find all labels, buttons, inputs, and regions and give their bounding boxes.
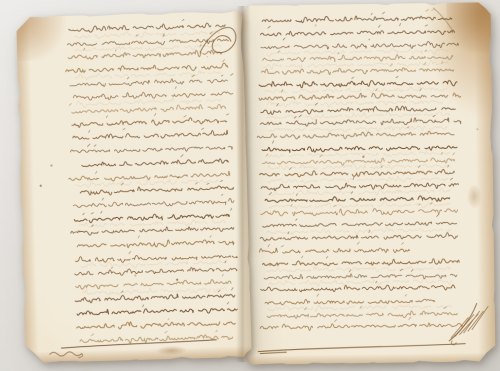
- handwritten-line: [72, 117, 227, 128]
- diacritic-marks: [376, 281, 377, 283]
- handwritten-line: [262, 15, 452, 24]
- diacritic-marks: [69, 103, 71, 105]
- diacritic-marks: [91, 330, 217, 336]
- diacritic-marks: [353, 176, 453, 181]
- handwritten-line: [71, 225, 234, 236]
- handwritten-line: [73, 130, 228, 140]
- handwritten-line: [68, 50, 221, 61]
- diacritic-marks: [282, 88, 422, 93]
- handwritten-line: [261, 182, 459, 191]
- diacritic-marks: [408, 127, 409, 128]
- diacritic-marks: [222, 274, 223, 276]
- handwritten-line: [75, 292, 235, 303]
- final-underline: [61, 340, 216, 348]
- diacritic-marks: [95, 171, 97, 173]
- handwritten-line: [261, 284, 455, 293]
- ink-speck: [40, 185, 42, 187]
- handwritten-line: [260, 322, 462, 331]
- diacritic-marks: [168, 319, 169, 320]
- handwritten-line: [69, 22, 226, 33]
- photo-backdrop: [0, 0, 500, 371]
- handwritten-line: [75, 252, 237, 263]
- handwritten-line: [75, 279, 231, 289]
- diacritic-marks: [111, 261, 226, 269]
- handwritten-line: [70, 77, 228, 87]
- diacritic-marks: [296, 214, 439, 220]
- handwritten-line: [265, 298, 435, 306]
- diacritic-marks: [371, 12, 384, 14]
- diacritic-marks: [182, 19, 184, 20]
- handwritten-line: [260, 169, 455, 178]
- diacritic-marks: [223, 60, 225, 62]
- diacritic-marks: [302, 256, 328, 259]
- diacritic-marks: [136, 32, 212, 38]
- handwritten-line: [77, 319, 236, 330]
- handwritten-line: [66, 63, 228, 74]
- handwritten-line: [263, 258, 460, 267]
- diacritic-marks: [272, 141, 273, 143]
- handwritten-line: [260, 29, 454, 37]
- right-page: [242, 2, 496, 364]
- handwritten-line: [75, 266, 237, 277]
- left-page: [16, 11, 252, 363]
- ink-speck: [314, 24, 316, 26]
- handwritten-line: [77, 306, 237, 317]
- ink-scribble: [50, 352, 83, 359]
- diacritic-marks: [181, 155, 183, 157]
- folio-mark: [426, 9, 435, 11]
- handwritten-line: [77, 238, 234, 249]
- ink-speck: [476, 128, 478, 130]
- handwritten-line: [259, 92, 461, 101]
- closing-rule: [258, 344, 465, 354]
- diacritic-marks: [106, 111, 228, 119]
- handwritten-line: [262, 145, 457, 153]
- handwritten-line: [73, 90, 233, 101]
- handwriting: [256, 11, 464, 331]
- diacritic-marks: [317, 293, 407, 298]
- diacritic-marks: [334, 317, 410, 322]
- handwritten-line: [263, 53, 453, 62]
- handwritten-line: [74, 212, 229, 223]
- right-page-wrap: [242, 2, 496, 364]
- ink-speck: [50, 164, 52, 166]
- handwriting-layer-right: [242, 2, 496, 364]
- handwritten-line: [259, 79, 457, 88]
- handwritten-line: [261, 41, 458, 50]
- ink-speck: [368, 39, 370, 41]
- ink-speck: [362, 156, 364, 158]
- left-page-wrap: [16, 11, 252, 363]
- ink-bleed-through: [263, 48, 451, 312]
- handwritten-line: [80, 184, 233, 195]
- diacritic-marks: [83, 44, 201, 51]
- diacritic-marks: [89, 126, 204, 133]
- handwritten-line: [259, 246, 409, 254]
- diacritic-marks: [102, 194, 223, 200]
- ink-speck: [134, 274, 136, 276]
- diacritic-marks: [83, 208, 232, 215]
- diacritic-marks: [175, 87, 176, 89]
- diacritic-marks: [268, 23, 428, 29]
- handwriting: [64, 18, 240, 345]
- ink-speck: [380, 199, 382, 201]
- handwritten-line: [264, 272, 457, 281]
- handwritten-line: [73, 198, 234, 209]
- ink-specks: [36, 53, 214, 284]
- handwritten-line: [261, 67, 453, 76]
- handwritten-line: [260, 117, 460, 127]
- handwritten-line: [257, 131, 454, 140]
- handwriting-layer-left: [16, 11, 252, 363]
- diacritic-marks: [87, 144, 96, 147]
- ink-speck: [176, 279, 178, 281]
- handwritten-line: [267, 310, 457, 319]
- handwritten-line: [261, 207, 458, 216]
- handwritten-line: [263, 221, 457, 227]
- diacritic-marks: [129, 252, 131, 254]
- handwritten-line: [261, 105, 455, 114]
- handwritten-line: [72, 104, 226, 115]
- handwritten-line: [70, 145, 232, 154]
- handwritten-line: [82, 159, 229, 168]
- handwritten-line: [265, 195, 449, 204]
- diacritic-marks: [142, 302, 228, 307]
- diacritic-marks: [283, 38, 285, 40]
- ink-speck: [207, 56, 208, 57]
- diacritic-marks: [268, 241, 404, 247]
- diacritic-marks: [138, 234, 211, 240]
- diacritic-marks: [352, 76, 398, 78]
